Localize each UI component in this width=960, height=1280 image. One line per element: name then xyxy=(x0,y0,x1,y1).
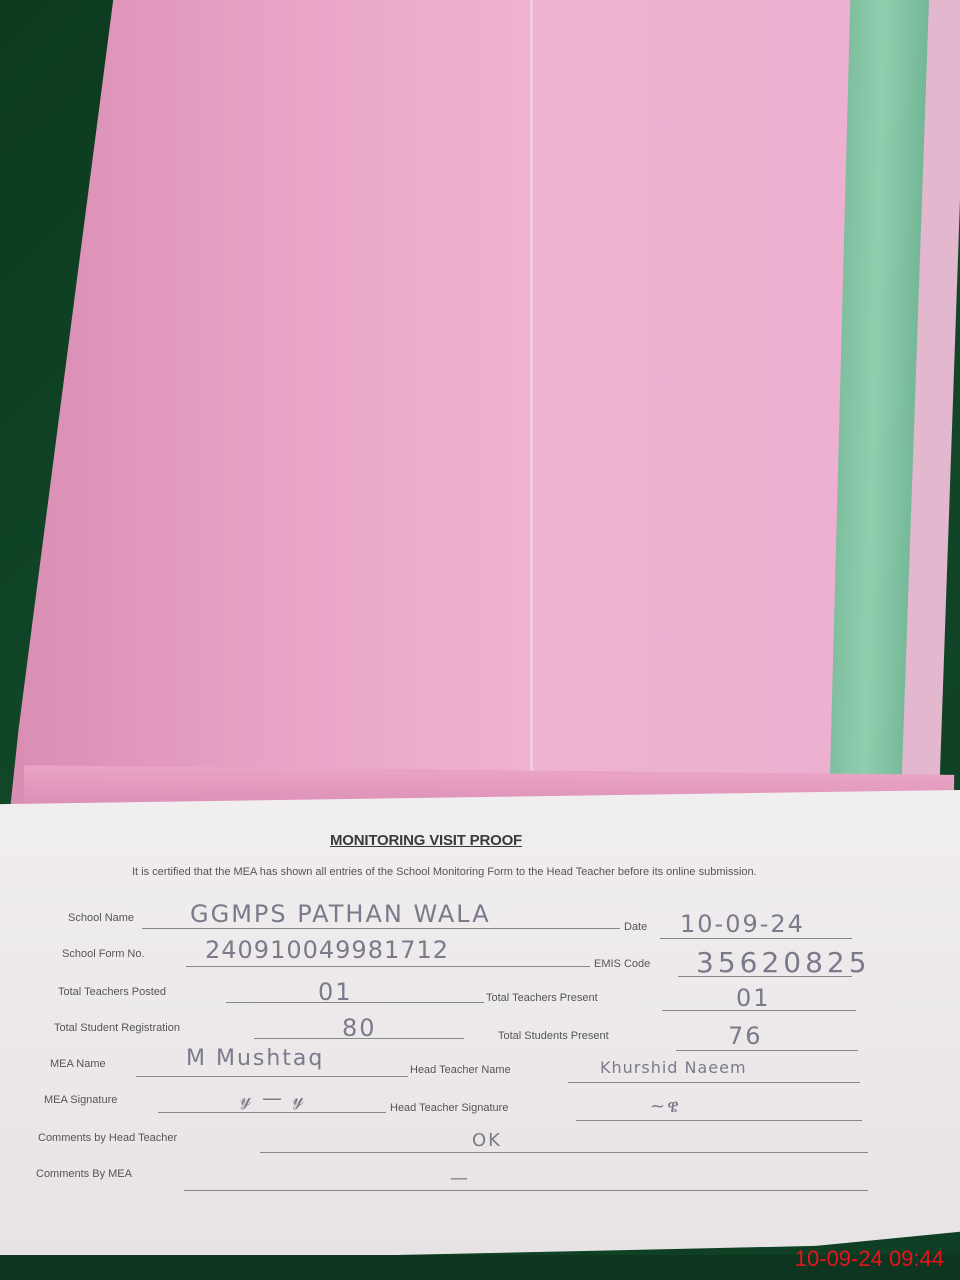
mea-signature-mark: 𝓎 — 𝓎 xyxy=(240,1086,306,1110)
school-form-no-value: 240910049981712 xyxy=(205,936,449,964)
emis-code-value: 35620825 xyxy=(696,946,871,979)
date-value: 10-09-24 xyxy=(680,910,805,938)
head-teacher-name-line xyxy=(568,1082,860,1083)
total-teachers-present-label: Total Teachers Present xyxy=(486,992,598,1004)
mea-name-value: M Mushtaq xyxy=(186,1046,324,1071)
emis-code-label: EMIS Code xyxy=(594,958,650,970)
comments-head-teacher-label: Comments by Head Teacher xyxy=(38,1132,177,1144)
head-teacher-signature-line xyxy=(576,1120,862,1121)
mea-signature-label: MEA Signature xyxy=(44,1094,117,1106)
school-name-value: GGMPS PATHAN WALA xyxy=(190,900,491,928)
date-line xyxy=(660,938,852,939)
comments-mea-value: — xyxy=(450,1168,470,1189)
certification-text: It is certified that the MEA has shown a… xyxy=(70,862,870,882)
comments-mea-line xyxy=(184,1190,868,1191)
head-teacher-signature-mark: ~ዌ xyxy=(650,1096,681,1117)
total-student-registration-label: Total Student Registration xyxy=(54,1022,180,1034)
comments-head-teacher-value: OK xyxy=(472,1130,502,1151)
school-name-label: School Name xyxy=(68,912,134,924)
school-form-no-line xyxy=(186,966,590,967)
total-teachers-posted-line xyxy=(226,1002,484,1003)
total-teachers-posted-label: Total Teachers Posted xyxy=(58,986,166,998)
head-teacher-signature-label: Head Teacher Signature xyxy=(390,1102,508,1114)
total-teachers-posted-value: 01 xyxy=(318,978,353,1006)
school-name-line xyxy=(142,928,620,929)
head-teacher-name-label: Head Teacher Name xyxy=(410,1064,511,1076)
form-title: MONITORING VISIT PROOF xyxy=(330,832,522,849)
mea-signature-line xyxy=(158,1112,386,1113)
total-students-present-value: 76 xyxy=(728,1022,763,1050)
total-students-present-line xyxy=(676,1050,858,1051)
comments-head-teacher-line xyxy=(260,1152,868,1153)
head-teacher-name-value: Khurshid Naeem xyxy=(600,1058,747,1077)
folder-cover xyxy=(10,0,870,810)
mea-name-label: MEA Name xyxy=(50,1058,106,1070)
total-teachers-present-value: 01 xyxy=(736,984,771,1012)
date-label: Date xyxy=(624,921,647,933)
total-students-present-label: Total Students Present xyxy=(498,1030,609,1042)
total-student-registration-value: 80 xyxy=(342,1014,377,1042)
photo-timestamp: 10-09-24 09:44 xyxy=(795,1246,944,1272)
pink-folder xyxy=(10,0,950,815)
school-form-no-label: School Form No. xyxy=(62,948,145,960)
folder-crease xyxy=(530,0,533,800)
comments-mea-label: Comments By MEA xyxy=(36,1168,132,1180)
mea-name-line xyxy=(136,1076,408,1077)
